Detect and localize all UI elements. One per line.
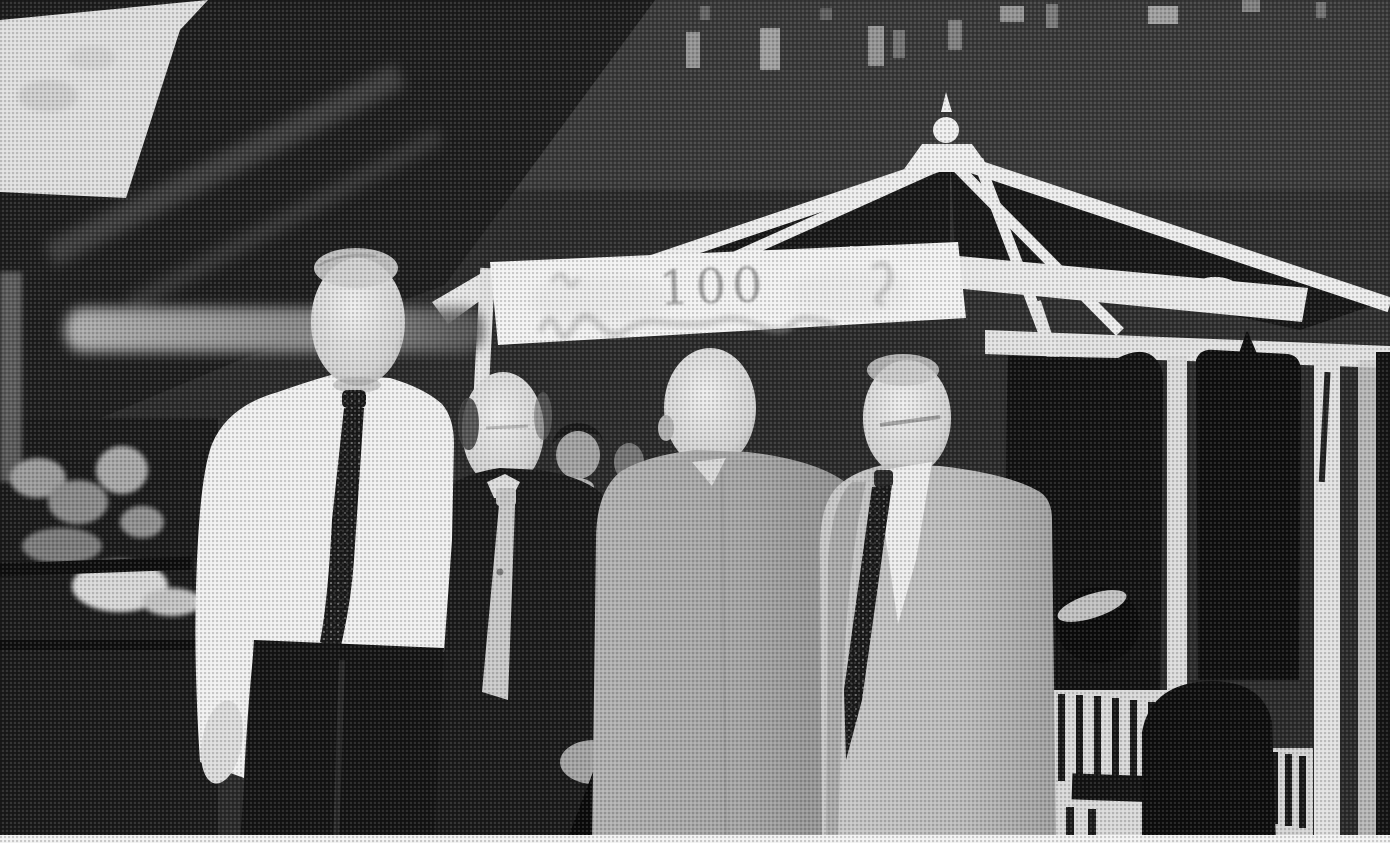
onlooker-face	[556, 431, 600, 479]
railing-slat	[1094, 696, 1101, 784]
gazebo-post-edge	[1358, 360, 1376, 843]
gazebo-right	[1006, 330, 1390, 843]
window-frame	[1000, 6, 1024, 22]
window-frame	[868, 26, 884, 66]
window-frame	[1242, 0, 1260, 12]
sky-smudge	[18, 80, 78, 112]
window-frame	[700, 6, 710, 20]
ware-plate	[142, 588, 202, 616]
banner-number: 100	[658, 257, 770, 317]
scanned-photograph: 100	[0, 0, 1390, 843]
man-3-ear	[658, 415, 674, 441]
man-2-hair-left	[458, 398, 478, 450]
ware-item	[120, 506, 164, 538]
window-frame	[1316, 2, 1326, 18]
man-2-glasses	[486, 426, 528, 428]
railing-slat	[1112, 698, 1119, 784]
ware-item	[96, 446, 148, 494]
man-2-suit	[425, 468, 614, 843]
man-3-head	[664, 348, 756, 468]
window-frame	[948, 20, 962, 50]
window-frame	[1046, 4, 1058, 28]
railing-slat	[1058, 694, 1065, 781]
man-2-tie-knot	[496, 488, 516, 506]
photo-scene: 100	[0, 0, 1390, 843]
window-frame	[760, 28, 780, 70]
shelf-edge	[0, 640, 205, 650]
finial-ball	[933, 117, 959, 143]
window-frame	[1148, 6, 1178, 24]
scan-bottom-margin	[0, 835, 1390, 843]
counter-band	[65, 308, 483, 352]
chair-silhouette	[1142, 681, 1276, 843]
railing-slat	[1299, 756, 1306, 828]
man-4-hair	[867, 354, 939, 386]
sky-smudge	[68, 46, 116, 70]
man-2-tie-pin	[497, 569, 504, 576]
man-2-hair-right	[534, 392, 552, 440]
railing-slat	[1076, 695, 1083, 783]
right-edge-shadow	[1376, 352, 1390, 843]
railing-slat	[1285, 754, 1292, 826]
window-frame	[686, 32, 700, 68]
stall-post-highlight	[0, 272, 22, 482]
window-frame	[820, 8, 832, 20]
railing-slat	[1130, 700, 1137, 784]
window-frame	[893, 30, 905, 58]
ware-item	[48, 480, 108, 524]
man-4-tie-knot	[874, 470, 893, 487]
ware-item	[22, 528, 102, 564]
man-1-tie-knot	[342, 390, 366, 408]
valance-panel-right	[1196, 350, 1301, 680]
